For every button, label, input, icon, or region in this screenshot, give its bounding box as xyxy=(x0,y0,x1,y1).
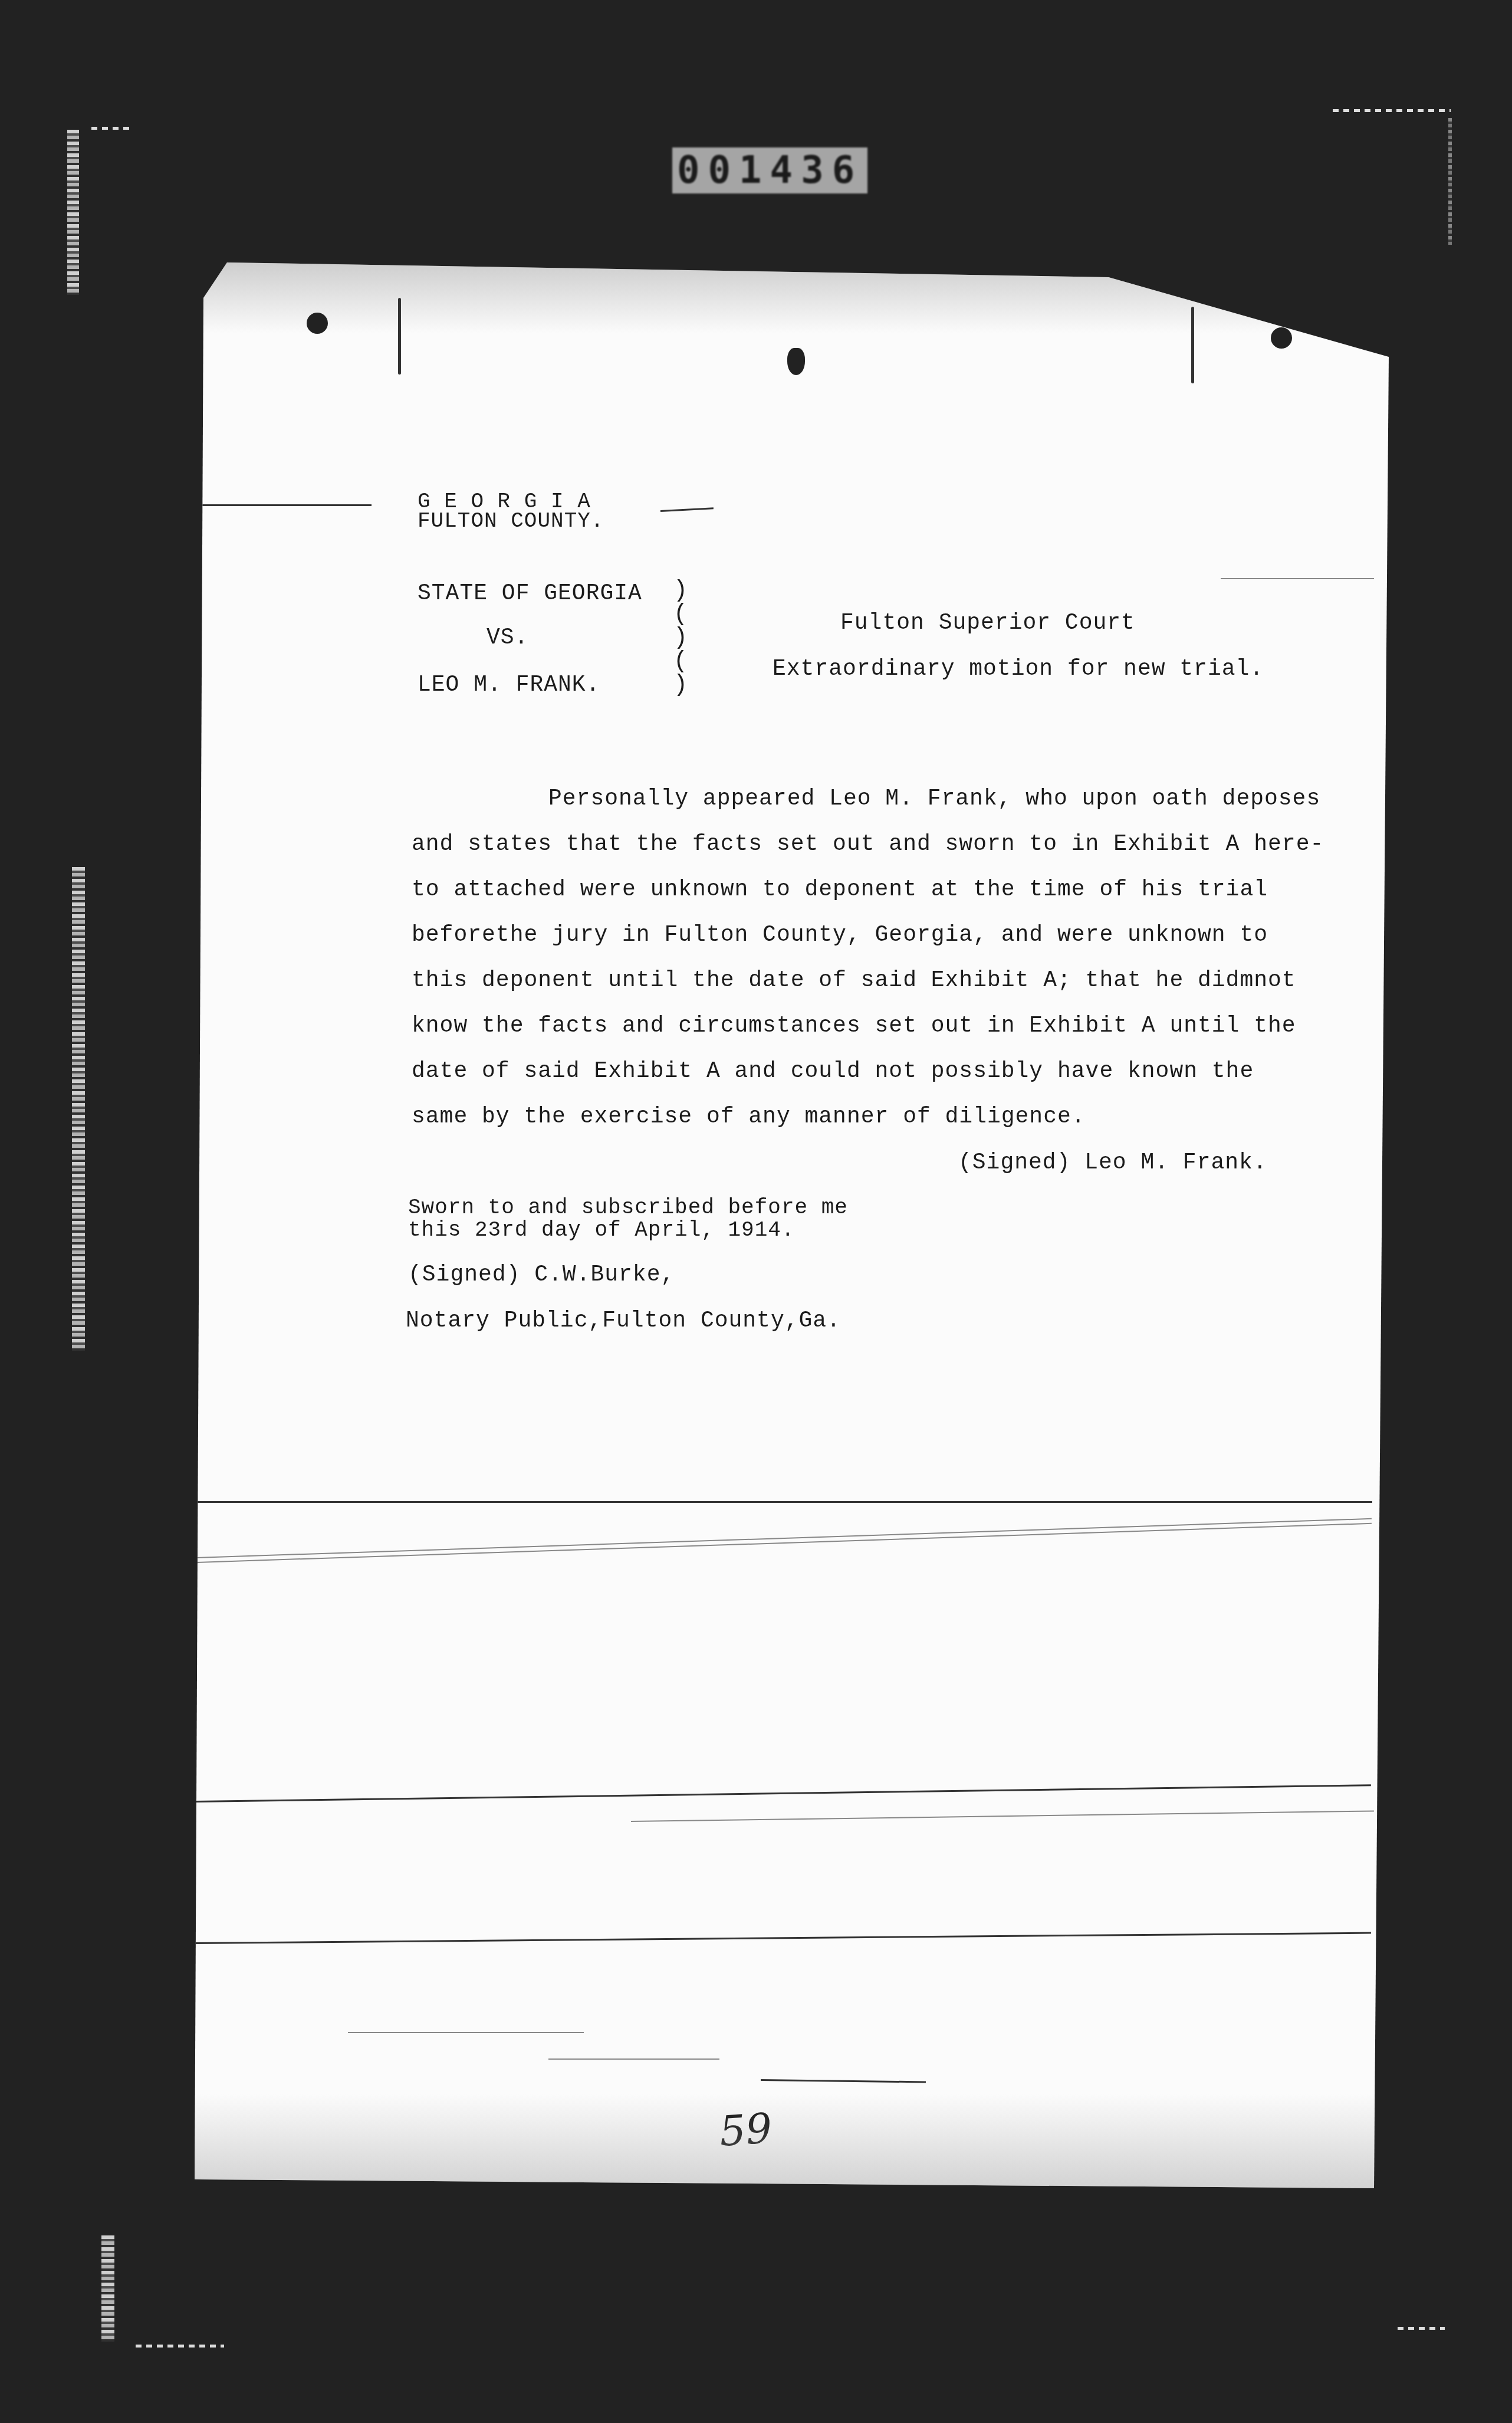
rule-line xyxy=(195,1932,1371,1944)
punch-hole-right xyxy=(1271,327,1292,349)
rule-line xyxy=(761,2079,926,2083)
affidavit-line: beforethe jury in Fulton County, Georgia… xyxy=(412,922,1268,948)
film-edge-tick-top-left xyxy=(91,127,133,130)
caption-plaintiff: STATE OF GEORGIA xyxy=(418,581,642,606)
caption-versus: VS. xyxy=(487,625,528,651)
film-edge-tick-bottom-right xyxy=(1398,2327,1445,2330)
fold-mark-left xyxy=(398,298,401,375)
affidavit-line: to attached were unknown to deponent at … xyxy=(412,877,1268,902)
affidavit-line: know the facts and circumstances set out… xyxy=(412,1013,1296,1039)
rule-line xyxy=(195,504,372,506)
film-edge-tick-bottom-left xyxy=(136,2345,224,2348)
notary-title: Notary Public,Fulton County,Ga. xyxy=(406,1308,841,1334)
rule-line xyxy=(1221,578,1374,579)
court-proceeding: Extraordinary motion for new trial. xyxy=(773,656,1264,682)
film-edge-marking-top-left xyxy=(67,130,79,295)
affidavit-line: this deponent until the date of said Exh… xyxy=(412,968,1296,993)
rule-line xyxy=(196,1501,1372,1503)
rule-line xyxy=(348,2032,584,2033)
rule-line xyxy=(195,1784,1371,1803)
caption-brace: ( xyxy=(673,649,688,675)
affidavit-line: and states that the facts set out and sw… xyxy=(412,832,1324,857)
caption-brace: ) xyxy=(673,672,688,699)
rule-line xyxy=(548,2058,719,2060)
jurat-line-1: Sworn to and subscribed before me xyxy=(408,1196,848,1220)
caption-defendant: LEO M. FRANK. xyxy=(418,672,600,698)
film-edge-marking-left-middle xyxy=(72,867,85,1351)
punch-hole-left xyxy=(307,313,328,334)
fold-mark-right xyxy=(1191,307,1194,383)
affidavit-line: Personally appeared Leo M. Frank, who up… xyxy=(548,786,1320,812)
rule-line xyxy=(196,1523,1372,1563)
jurat-line-2: this 23rd day of April, 1914. xyxy=(408,1218,795,1242)
handwritten-page-number: 59 xyxy=(718,2104,774,2156)
film-edge-tick-top-right xyxy=(1333,109,1451,112)
film-edge-marking-bottom-left xyxy=(101,2235,114,2342)
rule-line xyxy=(196,1518,1372,1558)
film-frame-number: 001436 xyxy=(672,147,867,193)
court-name: Fulton Superior Court xyxy=(840,610,1135,636)
venue-county: FULTON COUNTY. xyxy=(418,509,604,533)
caption-brace: ) xyxy=(673,625,688,652)
rule-line xyxy=(631,1810,1374,1822)
caption-brace: ( xyxy=(673,602,688,628)
rule-line xyxy=(660,507,714,512)
deponent-signature: (Signed) Leo M. Frank. xyxy=(958,1150,1267,1176)
caption-brace: ) xyxy=(673,578,688,605)
affidavit-line: date of said Exhibit A and could not pos… xyxy=(412,1059,1254,1084)
film-edge-marking-right xyxy=(1448,118,1452,245)
document-page: G E O R G I A FULTON COUNTY. STATE OF GE… xyxy=(195,262,1392,2188)
fastener-mark-center xyxy=(787,348,805,375)
notary-signature: (Signed) C.W.Burke, xyxy=(408,1262,675,1288)
affidavit-line: same by the exercise of any manner of di… xyxy=(412,1104,1086,1130)
